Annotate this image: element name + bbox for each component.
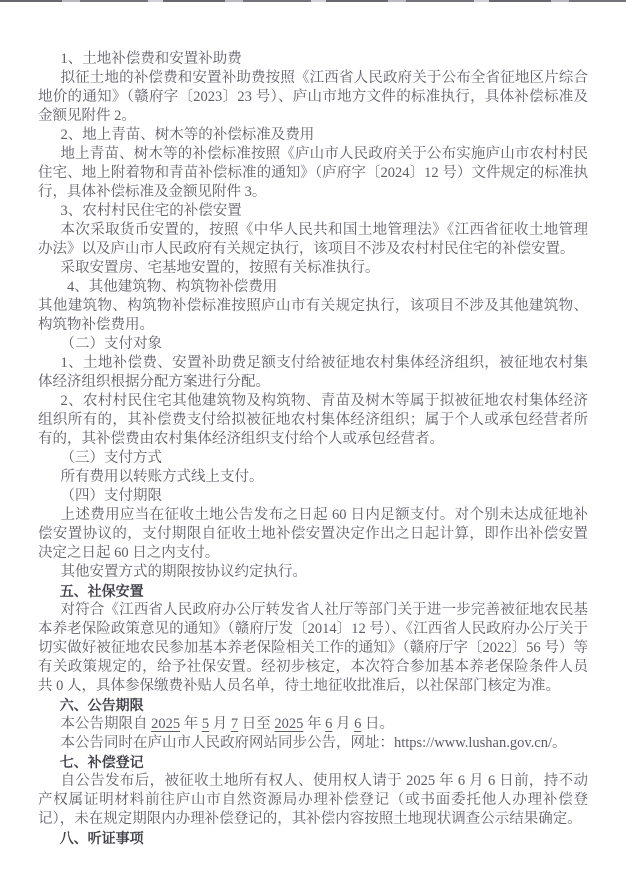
paragraph: 采取安置房、宅基地安置的，按照有关标准执行。 xyxy=(38,259,588,278)
paragraph: 其他安置方式的期限按协议约定执行。 xyxy=(38,563,588,582)
item-heading: 4、其他建筑物、构筑物补偿费用 xyxy=(38,278,588,297)
paragraph: 2、农村村民住宅其他建筑物及构筑物、青苗及树木等属于拟被征地农村集体经济组织所有… xyxy=(38,392,588,449)
paragraph: 本次采取货币安置的，按照《中华人民共和国土地管理法》《江西省征收土地管理办法》以… xyxy=(38,221,588,259)
paragraph: 本公告同时在庐山市人民政府网站同步公告，网址：https://www.lusha… xyxy=(38,734,588,753)
paragraph: 1、土地补偿费、安置补助费足额支付给被征地农村集体经济组织，被征地农村集体经济组… xyxy=(38,354,588,392)
item-heading: （二）支付对象 xyxy=(38,335,588,354)
item-heading: （四）支付期限 xyxy=(38,487,588,506)
underlined-date: 2025 xyxy=(274,716,303,732)
announcement-document: { "page": { "background": "#ffffff", "te… xyxy=(0,0,626,891)
item-heading: 2、地上青苗、树木等的补偿标准及费用 xyxy=(38,126,588,145)
item-heading: 3、农村村民住宅的补偿安置 xyxy=(38,202,588,221)
text-run: 月 xyxy=(209,716,231,732)
section-heading: 七、补偿登记 xyxy=(38,753,588,772)
page-top-edge xyxy=(0,0,626,2)
paragraph: 对符合《江西省人民政府办公厅转发省人社厅等部门关于进一步完善被征地农民基本养老保… xyxy=(38,601,588,696)
text-run: 年 xyxy=(180,716,202,732)
section-heading: 六、公告期限 xyxy=(38,696,588,715)
underlined-date: 5 xyxy=(202,716,209,732)
text-run: 日至 xyxy=(238,716,274,732)
paragraph: 拟征土地的补偿费和安置补助费按照《江西省人民政府关于公布全省征地区片综合地价的通… xyxy=(38,69,588,126)
text-run: 日。 xyxy=(361,716,394,732)
underlined-date: 7 xyxy=(231,716,238,732)
notice-period-line: 本公告期限自 2025 年 5 月 7 日至 2025 年 6 月 6 日。 xyxy=(38,715,588,734)
text-run: 月 xyxy=(332,716,354,732)
item-heading: 1、土地补偿费和安置补助费 xyxy=(38,50,588,69)
text-run: 本公告期限自 xyxy=(60,716,151,732)
item-heading: （三）支付方式 xyxy=(38,449,588,468)
text-run: 年 xyxy=(303,716,325,732)
section-heading: 八、听证事项 xyxy=(38,829,588,848)
underlined-date: 2025 xyxy=(151,716,180,732)
paragraph: 自公告发布后，被征收土地所有权人、使用权人请于 2025 年 6 月 6 日前，… xyxy=(38,772,588,829)
paragraph: 上述费用应当在征收土地公告发布之日起 60 日内足额支付。对个别未达成征地补偿安… xyxy=(38,506,588,563)
paragraph: 地上青苗、树木等的补偿标准按照《庐山市人民政府关于公布实施庐山市农村村民住宅、地… xyxy=(38,145,588,202)
paragraph: 其他建筑物、构筑物补偿标准按照庐山市有关规定执行，该项目不涉及其他建筑物、构筑物… xyxy=(38,297,588,335)
paragraph: 所有费用以转账方式线上支付。 xyxy=(38,468,588,487)
document-body: 1、土地补偿费和安置补助费拟征土地的补偿费和安置补助费按照《江西省人民政府关于公… xyxy=(38,50,588,848)
section-heading: 五、社保安置 xyxy=(38,582,588,601)
